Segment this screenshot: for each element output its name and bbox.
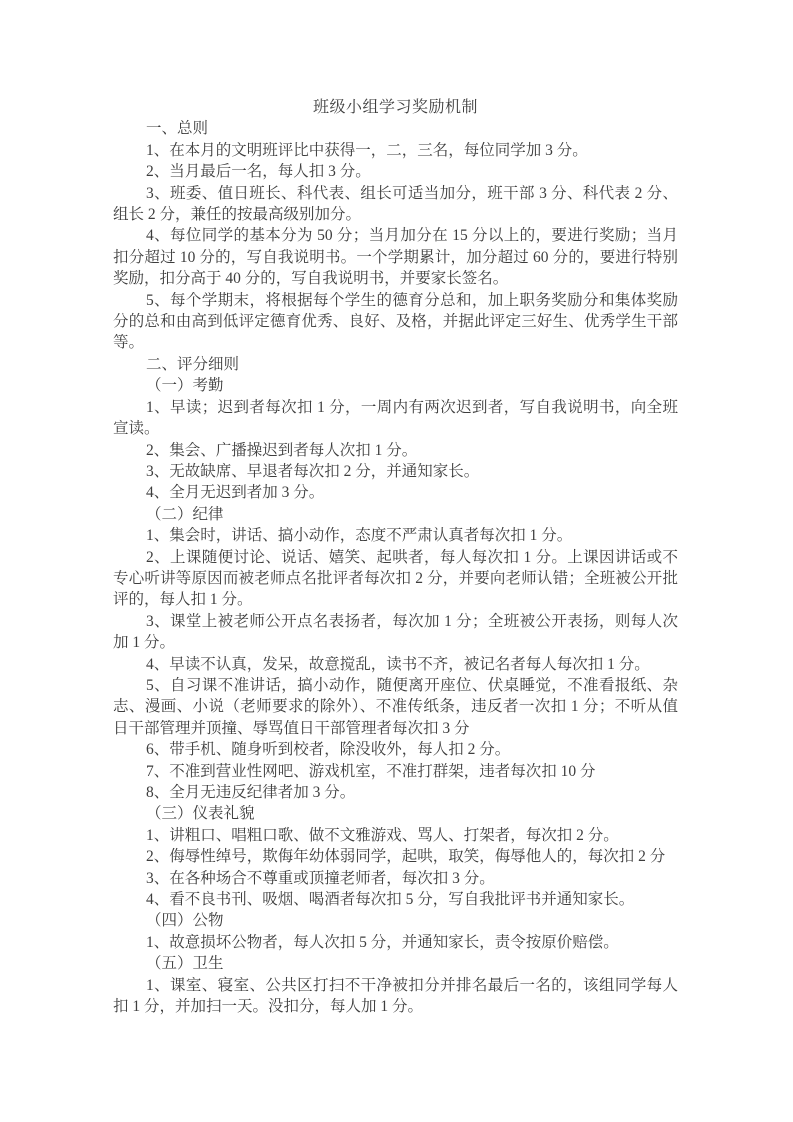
list-item: 1、故意损坏公物者，每人次扣 5 分，并通知家长，责令按原价赔偿。 (113, 932, 678, 953)
list-item: 4、每位同学的基本分为 50 分；当月加分在 15 分以上的，要进行奖励；当月扣… (113, 225, 678, 289)
document-page: 班级小组学习奖励机制 一、总则1、在本月的文明班评比中获得一，二，三名，每位同学… (0, 0, 793, 1122)
subsection-heading: （四）公物 (113, 910, 678, 931)
list-item: 4、看不良书刊、吸烟、喝酒者每次扣 5 分，写自我批评书并通知家长。 (113, 889, 678, 910)
list-item: 1、在本月的文明班评比中获得一，二，三名，每位同学加 3 分。 (113, 140, 678, 161)
list-item: 3、无故缺席、早退者每次扣 2 分，并通知家长。 (113, 461, 678, 482)
list-item: 8、全月无违反纪律者加 3 分。 (113, 782, 678, 803)
section-heading: 一、总则 (113, 118, 678, 139)
list-item: 1、课室、寝室、公共区打扫不干净被扣分并排名最后一名的，该组同学每人扣 1 分，… (113, 975, 678, 1018)
list-item: 1、集会时，讲话、搞小动作，态度不严肃认真者每次扣 1 分。 (113, 525, 678, 546)
list-item: 6、带手机、随身听到校者，除没收外，每人扣 2 分。 (113, 739, 678, 760)
list-item: 7、不准到营业性网吧、游戏机室，不准打群架，违者每次扣 10 分 (113, 761, 678, 782)
subsection-heading: （二）纪律 (113, 504, 678, 525)
subsection-heading: （一）考勤 (113, 375, 678, 396)
list-item: 4、全月无迟到者加 3 分。 (113, 482, 678, 503)
list-item: 2、侮辱性绰号，欺侮年幼体弱同学，起哄，取笑，侮辱他人的，每次扣 2 分 (113, 846, 678, 867)
document-title: 班级小组学习奖励机制 (113, 97, 678, 118)
list-item: 2、上课随便讨论、说话、嬉笑、起哄者，每人每次扣 1 分。上课因讲话或不专心听讲… (113, 547, 678, 611)
document-body: 一、总则1、在本月的文明班评比中获得一，二，三名，每位同学加 3 分。2、当月最… (113, 118, 678, 1017)
section-heading: 二、评分细则 (113, 354, 678, 375)
list-item: 1、讲粗口、唱粗口歌、做不文雅游戏、骂人、打架者，每次扣 2 分。 (113, 825, 678, 846)
list-item: 3、课堂上被老师公开点名表扬者，每次加 1 分；全班被公开表扬，则每人次加 1 … (113, 611, 678, 654)
list-item: 5、自习课不准讲话，搞小动作，随便离开座位、伏桌睡觉，不准看报纸、杂志、漫画、小… (113, 675, 678, 739)
list-item: 5、每个学期末，将根据每个学生的德育分总和，加上职务奖励分和集体奖励分的总和由高… (113, 290, 678, 354)
list-item: 3、在各种场合不尊重或顶撞老师者，每次扣 3 分。 (113, 868, 678, 889)
subsection-heading: （五）卫生 (113, 953, 678, 974)
list-item: 4、早读不认真，发呆，故意搅乱，读书不齐，被记名者每人每次扣 1 分。 (113, 654, 678, 675)
list-item: 2、当月最后一名，每人扣 3 分。 (113, 161, 678, 182)
list-item: 2、集会、广播操迟到者每人次扣 1 分。 (113, 440, 678, 461)
list-item: 3、班委、值日班长、科代表、组长可适当加分，班干部 3 分、科代表 2 分、组长… (113, 183, 678, 226)
list-item: 1、早读；迟到者每次扣 1 分，一周内有两次迟到者，写自我说明书，向全班宣读。 (113, 397, 678, 440)
subsection-heading: （三）仪表礼貌 (113, 803, 678, 824)
